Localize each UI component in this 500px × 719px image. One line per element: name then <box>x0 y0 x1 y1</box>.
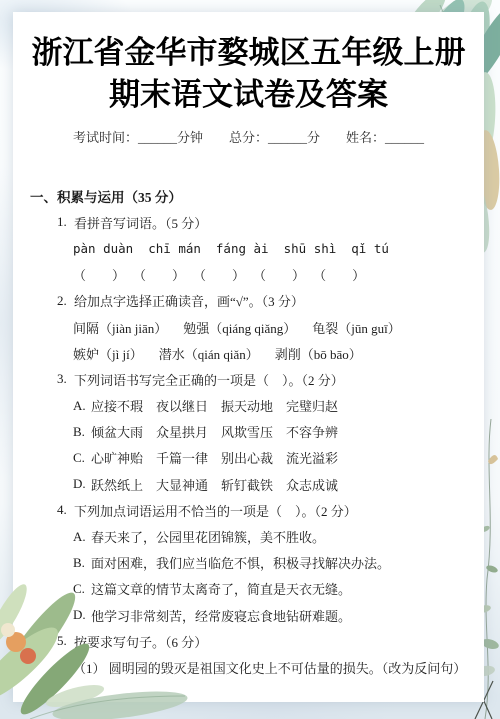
question-3-option-a: A. 应接不瑕 夜以继日 振天动地 完璧归赵 <box>13 393 484 419</box>
question-3-option-c: C. 心旷神贻 千篇一律 别出心裁 流光溢彩 <box>13 445 484 471</box>
question-5-subitem-1: （1） 圆明园的毁灭是祖国文化史上不可估量的损失。（改为反问句） <box>13 654 484 680</box>
option-text: 面对困难，我们应当临危不惧，积极寻找解决办法。 <box>91 553 390 572</box>
pinyin-item: pàn duàn <box>73 241 133 256</box>
option-label: C. <box>73 450 91 466</box>
question-1-number: 1. <box>57 214 74 230</box>
option-label: B. <box>73 555 91 571</box>
pinyin-item: fáng ài <box>216 241 269 256</box>
question-3-number: 3. <box>57 371 74 387</box>
answer-bracket: （ ） <box>73 265 125 284</box>
option-text: 这篇文章的情节太离奇了，简直是天衣无缝。 <box>91 579 351 598</box>
option-label: A. <box>73 529 91 545</box>
question-4-option-b: B. 面对困难，我们应当临危不惧，积极寻找解决办法。 <box>13 550 484 576</box>
answer-bracket: （ ） <box>193 265 245 284</box>
question-5: 5. 按要求写句子。（6 分） <box>13 628 484 654</box>
question-2-number: 2. <box>57 293 74 309</box>
question-4-text: 下列加点词语运用不恰当的一项是（ ）。（2 分） <box>74 501 357 520</box>
option-label: C. <box>73 581 91 597</box>
pinyin-item: qǐ tú <box>351 241 389 256</box>
option-label: D. <box>73 476 91 492</box>
question-4-option-a: A. 春天来了，公园里花团锦簇，美不胜收。 <box>13 523 484 549</box>
page-title: 浙江省金华市婺城区五年级上册 期末语文试卷及答案 <box>13 32 484 116</box>
question-3-option-d: D. 跃然纸上 大显神通 斩钉截铁 众志成诚 <box>13 471 484 497</box>
answer-bracket: （ ） <box>313 265 365 284</box>
exam-paper-card: 浙江省金华市婺城区五年级上册 期末语文试卷及答案 考试时间：______分钟 总… <box>13 12 484 702</box>
word-pronunciation-item: 龟裂（jūn guī） <box>312 318 400 337</box>
word-pronunciation-item: 勉强（qiáng qiǎng） <box>183 318 296 337</box>
question-1: 1. 看拼音写词语。（5 分） <box>13 209 484 235</box>
question-5-text: 按要求写句子。（6 分） <box>74 632 207 651</box>
question-3: 3. 下列词语书写完全正确的一项是（ ）。（2 分） <box>13 366 484 392</box>
option-text: 应接不瑕 夜以继日 振天动地 完璧归赵 <box>91 396 338 415</box>
option-label: A. <box>73 398 91 414</box>
word-pronunciation-item: 间隔（jiàn jiān） <box>73 318 167 337</box>
option-label: D. <box>73 607 91 623</box>
question-4-option-d: D. 他学习非常刻苦，经常废寝忘食地钻研难题。 <box>13 602 484 628</box>
pinyin-item: shū shì <box>284 241 337 256</box>
exam-info-line: 考试时间：______分钟 总分：______分 姓名：______ <box>13 127 484 147</box>
title-line-1: 浙江省金华市婺城区五年级上册 <box>13 32 484 74</box>
pinyin-item: chī mán <box>148 241 201 256</box>
word-pronunciation-item: 剥削（bō bāo） <box>275 344 362 363</box>
question-4-option-c: C. 这篇文章的情节太离奇了，简直是天衣无缝。 <box>13 576 484 602</box>
question-4: 4. 下列加点词语运用不恰当的一项是（ ）。（2 分） <box>13 497 484 523</box>
option-text: 春天来了，公园里花团锦簇，美不胜收。 <box>91 527 325 546</box>
question-1-pinyin-row: pàn duàn chī mán fáng ài shū shì qǐ tú <box>13 235 484 261</box>
exam-body: 一、积累与运用（35 分） 1. 看拼音写词语。（5 分） pàn duàn c… <box>13 183 484 681</box>
title-line-2: 期末语文试卷及答案 <box>13 74 484 116</box>
question-2-text: 给加点字选择正确读音，画“√”。（3 分） <box>74 291 304 310</box>
question-4-number: 4. <box>57 502 74 518</box>
question-3-text: 下列词语书写完全正确的一项是（ ）。（2 分） <box>74 370 344 389</box>
option-text: 心旷神贻 千篇一律 别出心裁 流光溢彩 <box>91 448 338 467</box>
student-name-field: 姓名：______ <box>346 127 424 147</box>
word-pronunciation-item: 嫉妒（jì jí） <box>73 344 143 363</box>
word-pronunciation-item: 潜水（qián qiǎn） <box>159 344 259 363</box>
section-heading: 一、积累与运用（35 分） <box>13 183 484 209</box>
question-2-row-2: 嫉妒（jì jí） 潜水（qián qiǎn） 剥削（bō bāo） <box>13 340 484 366</box>
option-label: B. <box>73 424 91 440</box>
question-1-answer-brackets-row: （ ） （ ） （ ） （ ） （ ） <box>13 262 484 288</box>
exam-time-field: 考试时间：______分钟 <box>73 127 203 147</box>
question-2: 2. 给加点字选择正确读音，画“√”。（3 分） <box>13 288 484 314</box>
question-5-number: 5. <box>57 633 74 649</box>
answer-bracket: （ ） <box>253 265 305 284</box>
total-score-field: 总分：______分 <box>229 127 320 147</box>
answer-bracket: （ ） <box>133 265 185 284</box>
option-text: 跃然纸上 大显神通 斩钉截铁 众志成诚 <box>91 475 338 494</box>
question-3-option-b: B. 倾盆大雨 众星拱月 风欺雪压 不容争辨 <box>13 419 484 445</box>
question-2-row-1: 间隔（jiàn jiān） 勉强（qiáng qiǎng） 龟裂（jūn guī… <box>13 314 484 340</box>
question-1-text: 看拼音写词语。（5 分） <box>74 213 207 232</box>
option-text: 倾盆大雨 众星拱月 风欺雪压 不容争辨 <box>91 422 338 441</box>
option-text: 他学习非常刻苦，经常废寝忘食地钻研难题。 <box>91 606 351 625</box>
